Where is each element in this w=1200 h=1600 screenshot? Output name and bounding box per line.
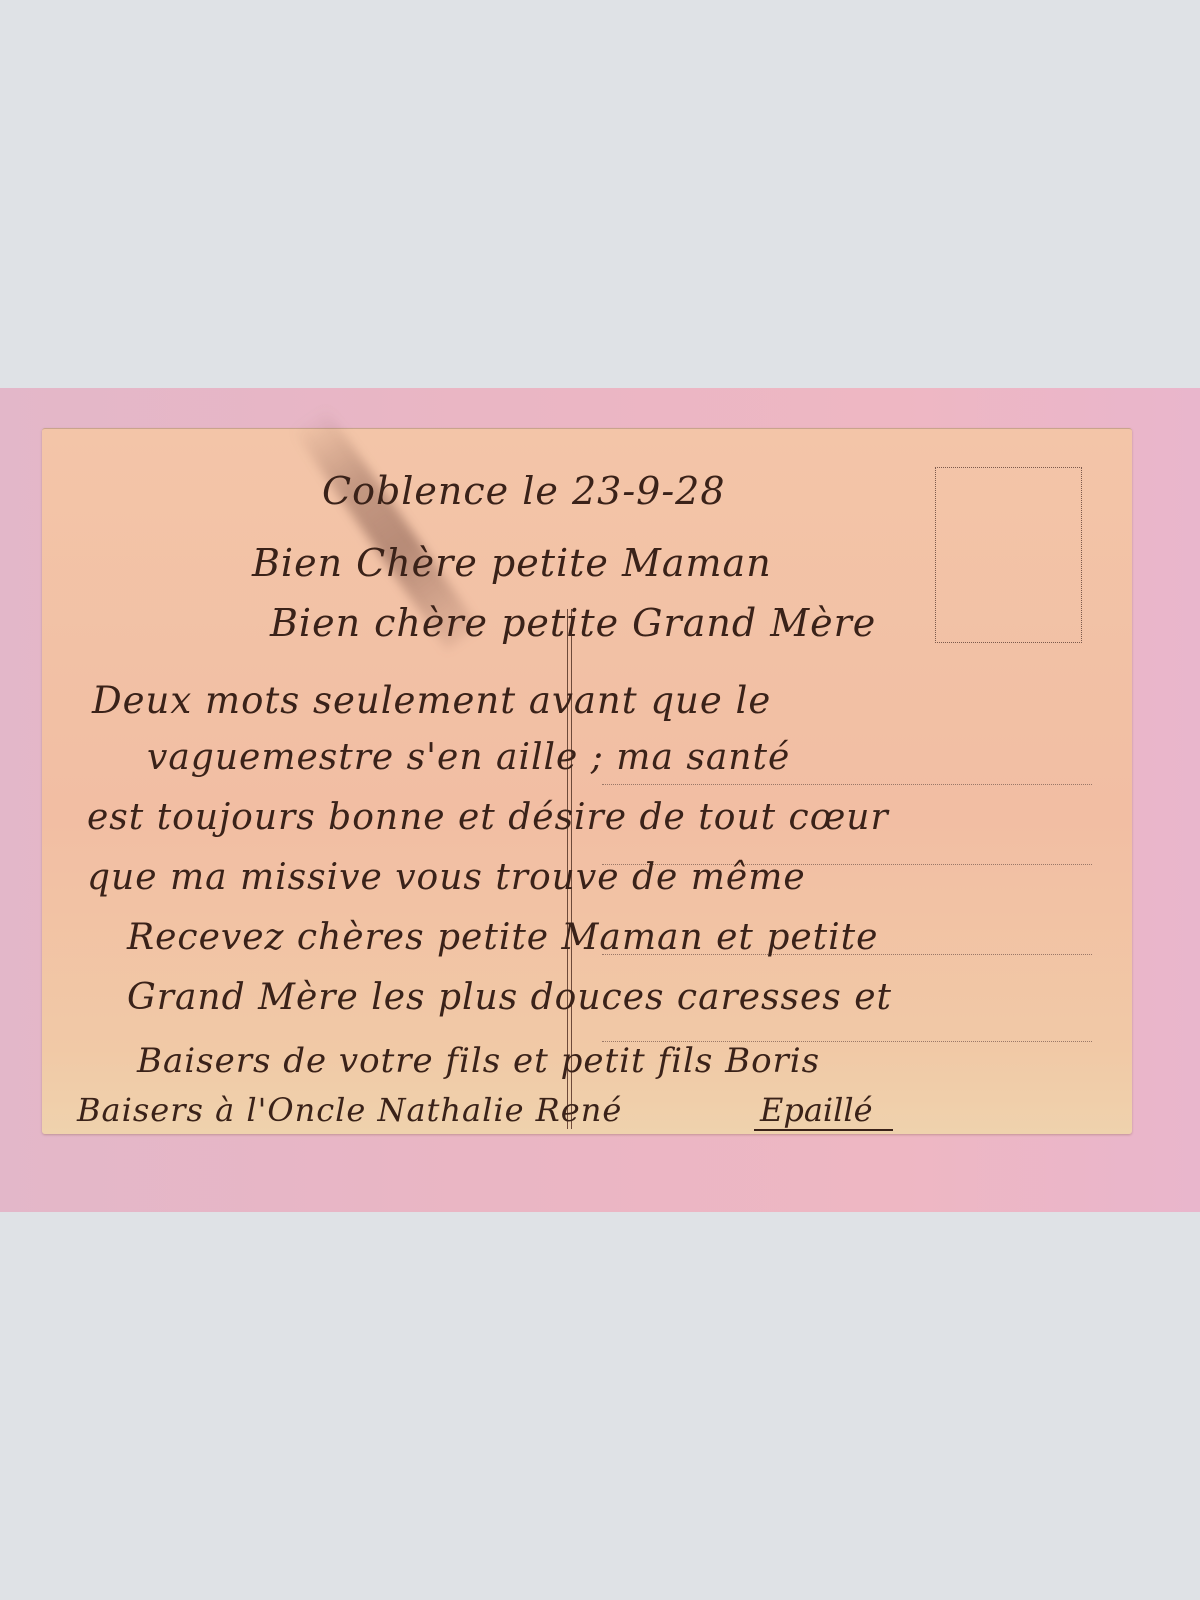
stamp-box: [935, 467, 1082, 643]
address-line: [602, 784, 1092, 785]
body-line: Baisers à l'Oncle Nathalie René: [77, 1091, 622, 1129]
photo-backdrop: Coblence le 23-9-28 Bien Chère petite Ma…: [0, 388, 1200, 1212]
salutation-mother: Bien Chère petite Maman: [252, 541, 772, 585]
body-line: vaguemestre s'en aille ; ma santé: [147, 737, 790, 778]
postcard: Coblence le 23-9-28 Bien Chère petite Ma…: [42, 428, 1132, 1134]
body-line: Deux mots seulement avant que le: [92, 679, 771, 722]
salutation-grandmother: Bien chère petite Grand Mère: [270, 601, 876, 645]
body-line: est toujours bonne et désire de tout cœu…: [87, 797, 889, 838]
body-line: Recevez chères petite Maman et petite: [127, 917, 878, 958]
body-line: Baisers de votre fils et petit fils Bori…: [137, 1041, 820, 1081]
body-line: que ma missive vous trouve de même: [87, 857, 806, 898]
signature: Epaillé: [754, 1091, 893, 1131]
body-line: Grand Mère les plus douces caresses et: [127, 977, 892, 1018]
place-date: Coblence le 23-9-28: [322, 469, 726, 513]
